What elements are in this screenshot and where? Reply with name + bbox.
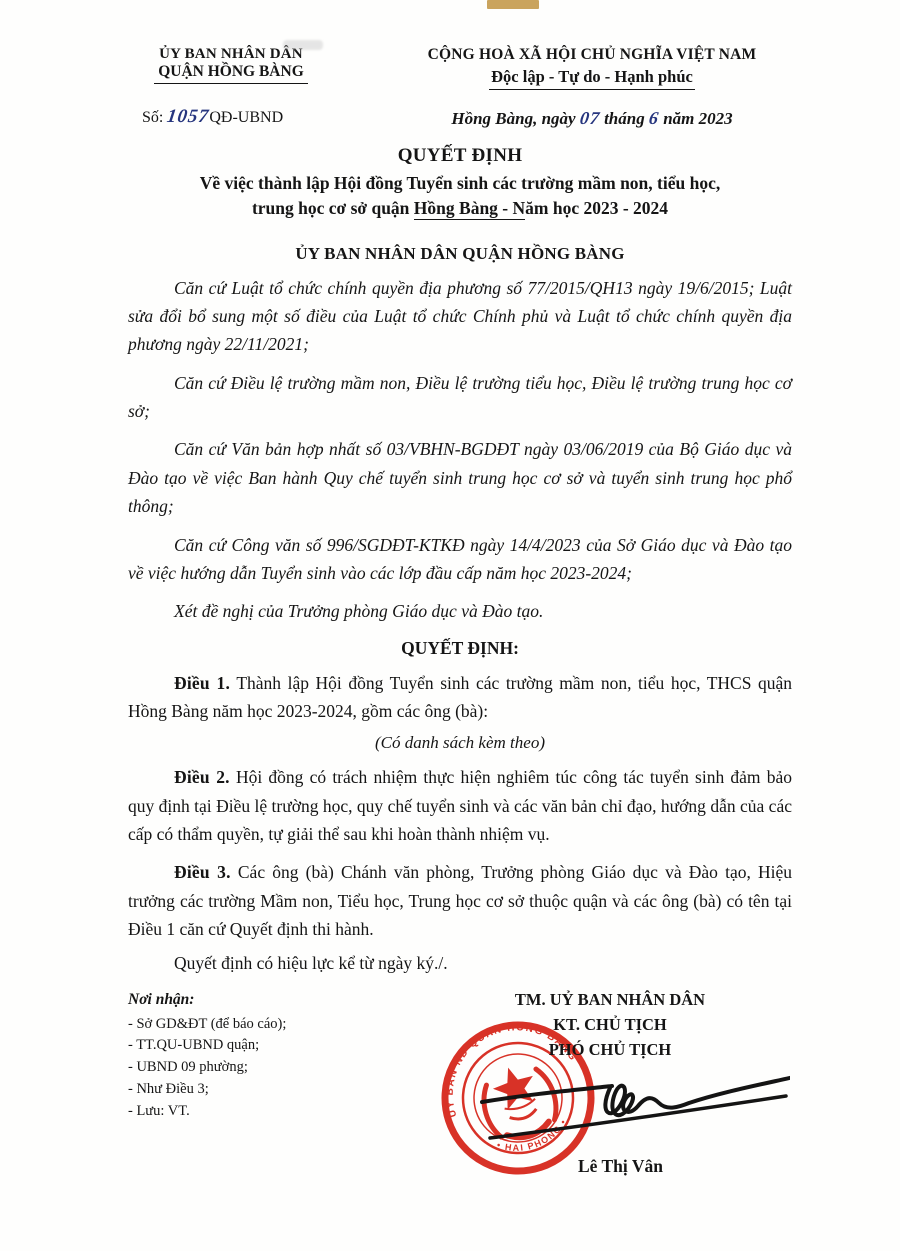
date-mid: tháng <box>604 109 645 128</box>
subtitle-line2-post: ăm học 2023 - 2024 <box>525 198 668 218</box>
national-motto-block: CỘNG HOÀ XÃ HỘI CHỦ NGHĨA VIỆT NAM Độc l… <box>334 46 792 129</box>
signer-name: Lê Thị Vân <box>578 1156 663 1177</box>
recital-5: Xét đề nghị của Trưởng phòng Giáo dục và… <box>128 597 792 625</box>
recipient-item: - UBND 09 phường; <box>128 1057 428 1079</box>
signature-block: TM. UỶ BAN NHÂN DÂN KT. CHỦ TỊCH PHÓ CHỦ… <box>428 988 792 1218</box>
recital-4: Căn cứ Công văn số 996/SGDĐT-KTKĐ ngày 1… <box>128 531 792 588</box>
national-motto: Độc lập - Tự do - Hạnh phúc <box>489 67 695 90</box>
article-1: Điều 1. Thành lập Hội đồng Tuyển sinh cá… <box>128 669 792 726</box>
number-label: Số: <box>142 109 163 126</box>
recipient-item: - Sở GD&ĐT (để báo cáo); <box>128 1014 428 1036</box>
document-footer: Nơi nhận: - Sở GD&ĐT (để báo cáo); - TT.… <box>128 988 792 1218</box>
handwritten-signature <box>480 1050 790 1150</box>
document-title: QUYẾT ĐỊNH <box>128 145 792 167</box>
recital-2: Căn cứ Điều lệ trường mầm non, Điều lệ t… <box>128 369 792 426</box>
article-2: Điều 2. Hội đồng có trách nhiệm thực hiệ… <box>128 763 792 848</box>
subtitle-line2: trung học cơ sở quận Hồng Bàng - Năm học… <box>128 196 792 221</box>
recipient-item: - Lưu: VT. <box>128 1101 428 1123</box>
attachment-note: (Có danh sách kèm theo) <box>128 733 792 753</box>
recipient-item: - TT.QU-UBND quận; <box>128 1035 428 1057</box>
subtitle-line1: Về việc thành lập Hội đồng Tuyển sinh cá… <box>128 171 792 196</box>
document-number-line: Số: 1057QĐ-UBND <box>128 106 334 128</box>
effective-line: Quyết định có hiệu lực kể từ ngày ký./. <box>128 953 792 974</box>
sig-for-chairman: KT. CHỦ TỊCH <box>428 1013 792 1038</box>
subtitle-line2-pre: trung học cơ sở quận <box>252 198 414 218</box>
recital-1: Căn cứ Luật tổ chức chính quyền địa phươ… <box>128 274 792 359</box>
handwritten-number: 1057 <box>166 106 211 128</box>
document-header: ỦY BAN NHÂN DÂN QUẬN HỒNG BÀNG Số: 1057Q… <box>128 46 792 129</box>
article-3: Điều 3. Các ông (bà) Chánh văn phòng, Tr… <box>128 858 792 943</box>
handwritten-month: 6 <box>647 108 660 129</box>
authority-name-line2: QUẬN HỒNG BÀNG <box>154 63 308 84</box>
article-2-lead: Điều 2. <box>174 767 230 787</box>
handwritten-day: 07 <box>578 108 601 129</box>
article-1-lead: Điều 1. <box>174 673 230 693</box>
article-3-lead: Điều 3. <box>174 862 231 882</box>
recipient-item: - Như Điều 3; <box>128 1079 428 1101</box>
number-suffix: QĐ-UBND <box>209 109 283 126</box>
sig-on-behalf: TM. UỶ BAN NHÂN DÂN <box>428 988 792 1013</box>
authority-heading: ỦY BAN NHÂN DÂN QUẬN HỒNG BÀNG <box>128 244 792 264</box>
recipients-block: Nơi nhận: - Sở GD&ĐT (để báo cáo); - TT.… <box>128 988 428 1218</box>
date-post: năm 2023 <box>663 109 732 128</box>
place-date-line: Hồng Bàng, ngày 07 tháng 6 năm 2023 <box>392 108 792 129</box>
recipients-label: Nơi nhận: <box>128 988 428 1011</box>
document-page: ỦY BAN NHÂN DÂN QUẬN HỒNG BÀNG Số: 1057Q… <box>0 0 900 1251</box>
scan-artifact-smudge <box>283 40 323 50</box>
date-pre: Hồng Bàng, ngày <box>451 109 575 128</box>
decision-heading: QUYẾT ĐỊNH: <box>128 638 792 659</box>
scan-artifact-tan <box>487 0 539 9</box>
national-title: CỘNG HOÀ XÃ HỘI CHỦ NGHĨA VIỆT NAM <box>392 46 792 64</box>
sig-vice-chairman: PHÓ CHỦ TỊCH <box>428 1038 792 1063</box>
document-subtitle: Về việc thành lập Hội đồng Tuyển sinh cá… <box>128 171 792 222</box>
issuing-authority-block: ỦY BAN NHÂN DÂN QUẬN HỒNG BÀNG Số: 1057Q… <box>128 46 334 128</box>
subtitle-underlined: Hồng Bàng - N <box>414 198 525 220</box>
signature-titles: TM. UỶ BAN NHÂN DÂN KT. CHỦ TỊCH PHÓ CHỦ… <box>428 988 792 1062</box>
recital-3: Căn cứ Văn bản hợp nhất số 03/VBHN-BGDĐT… <box>128 435 792 520</box>
